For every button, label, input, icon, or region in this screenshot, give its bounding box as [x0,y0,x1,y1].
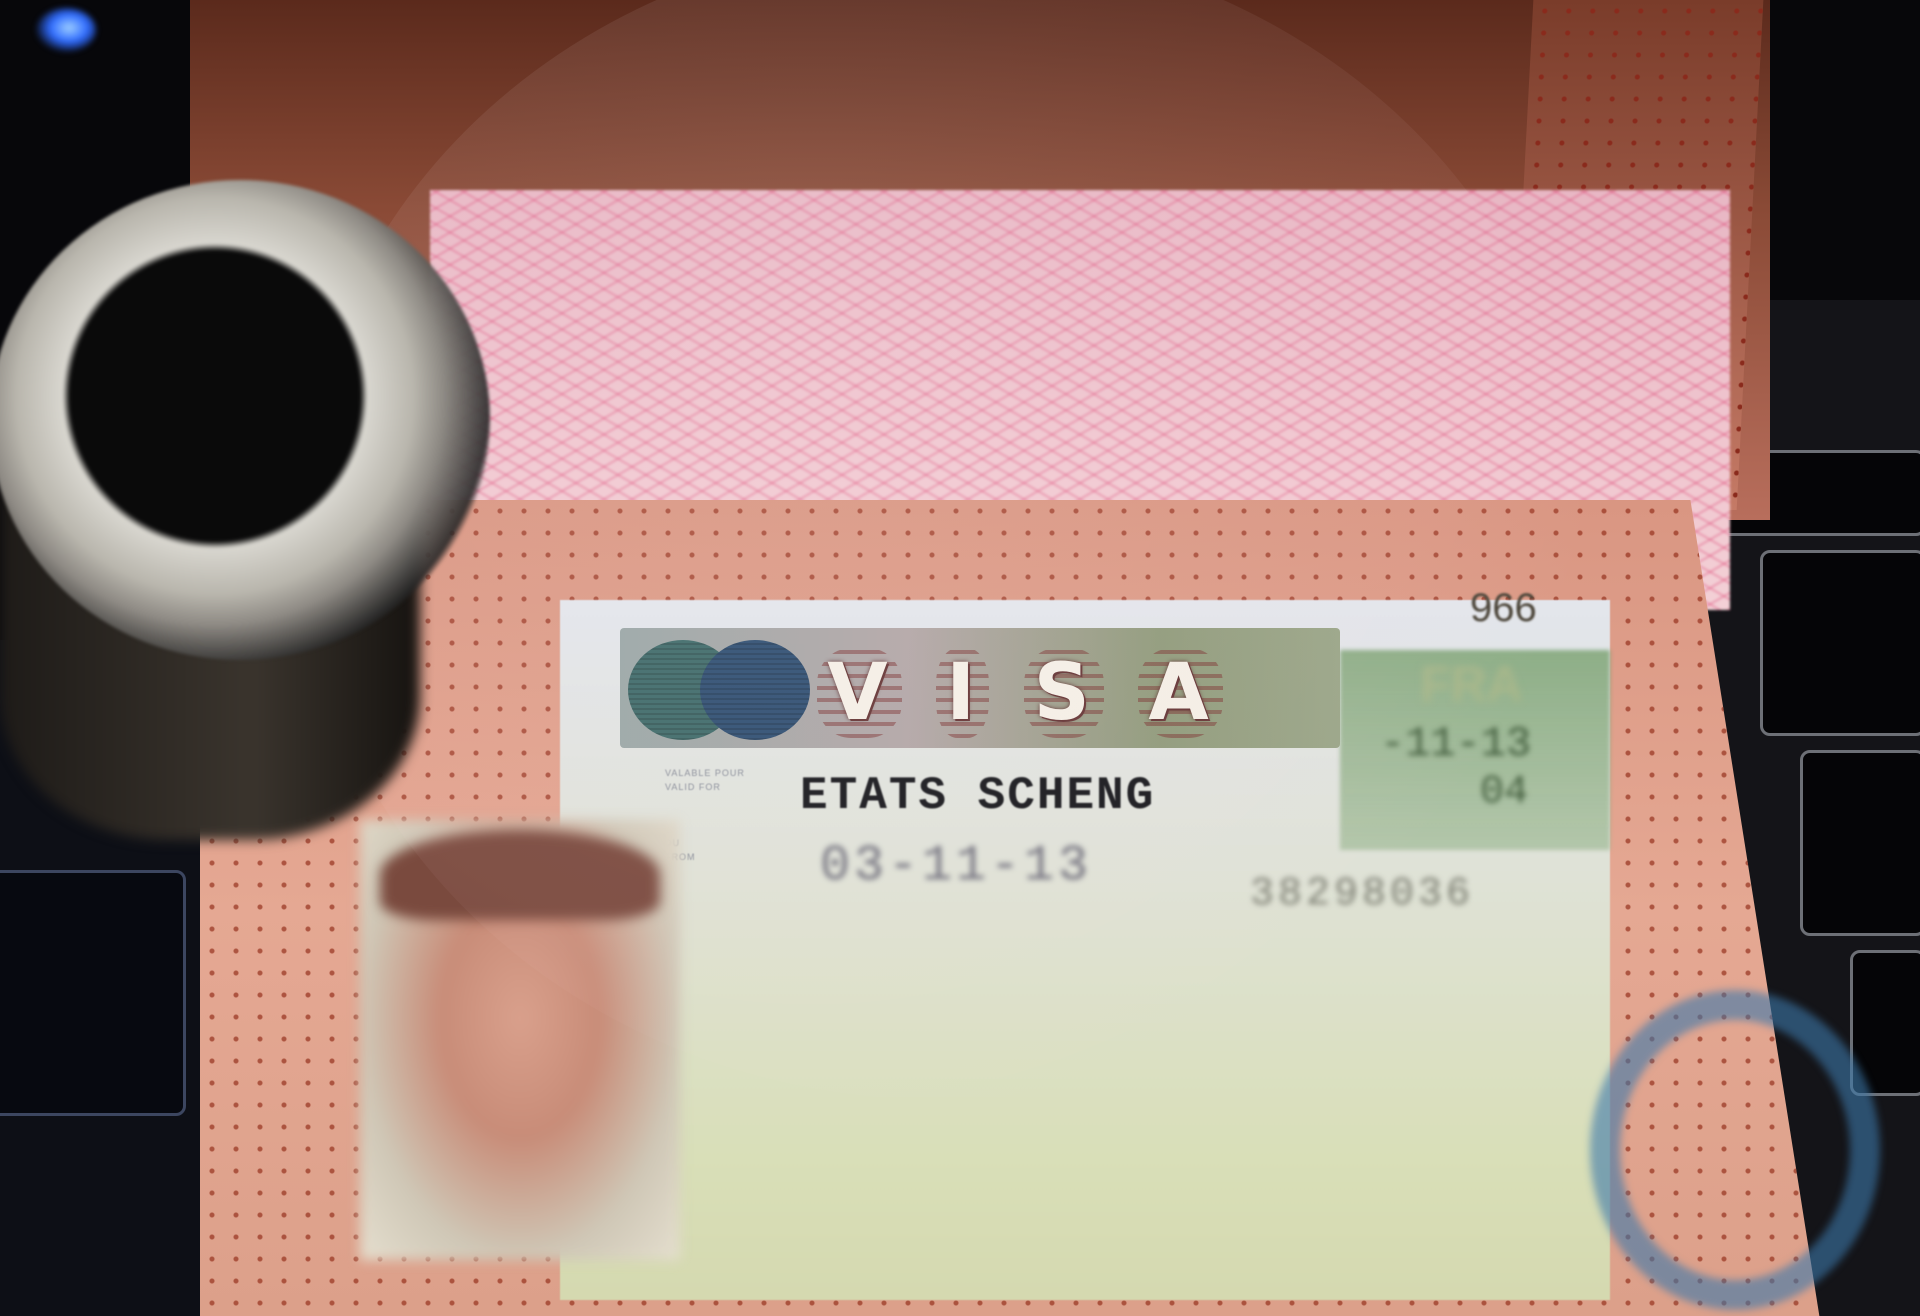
keyboard-key [1760,550,1920,736]
visa-issuing-country: FRA [1420,655,1523,713]
holder-portrait-hair [380,830,660,920]
visa-letter: S [1024,648,1104,738]
photo-scene: FRA V I S A VALABLE POUR VALID FOR ETATS… [0,0,1920,1316]
field-label-valid-for-en: VALID FOR [665,782,721,792]
keyboard-key [0,870,186,1116]
visa-letter: I [936,648,989,738]
visa-letter: V [817,648,901,738]
visa-until-date: -11-13 [1380,720,1531,768]
loupe-eyepiece [0,180,490,660]
entry-stamp-icon [1590,990,1880,1310]
visa-serial-number: 966 [1470,586,1537,631]
visa-header-text: V I S A [800,648,1240,738]
keyboard-key [1800,750,1920,936]
blue-led-light [36,8,96,52]
field-label-valid-for: VALABLE POUR [665,768,745,778]
visa-from-date: 03-11-13 [820,838,1092,895]
visa-number: 38298036 [1250,872,1474,917]
visa-hologram-circle [700,640,810,740]
visa-duration-days: 04 [1480,770,1528,815]
visa-valid-for-value: ETATS SCHENG [800,770,1155,822]
visa-letter: A [1138,648,1222,738]
